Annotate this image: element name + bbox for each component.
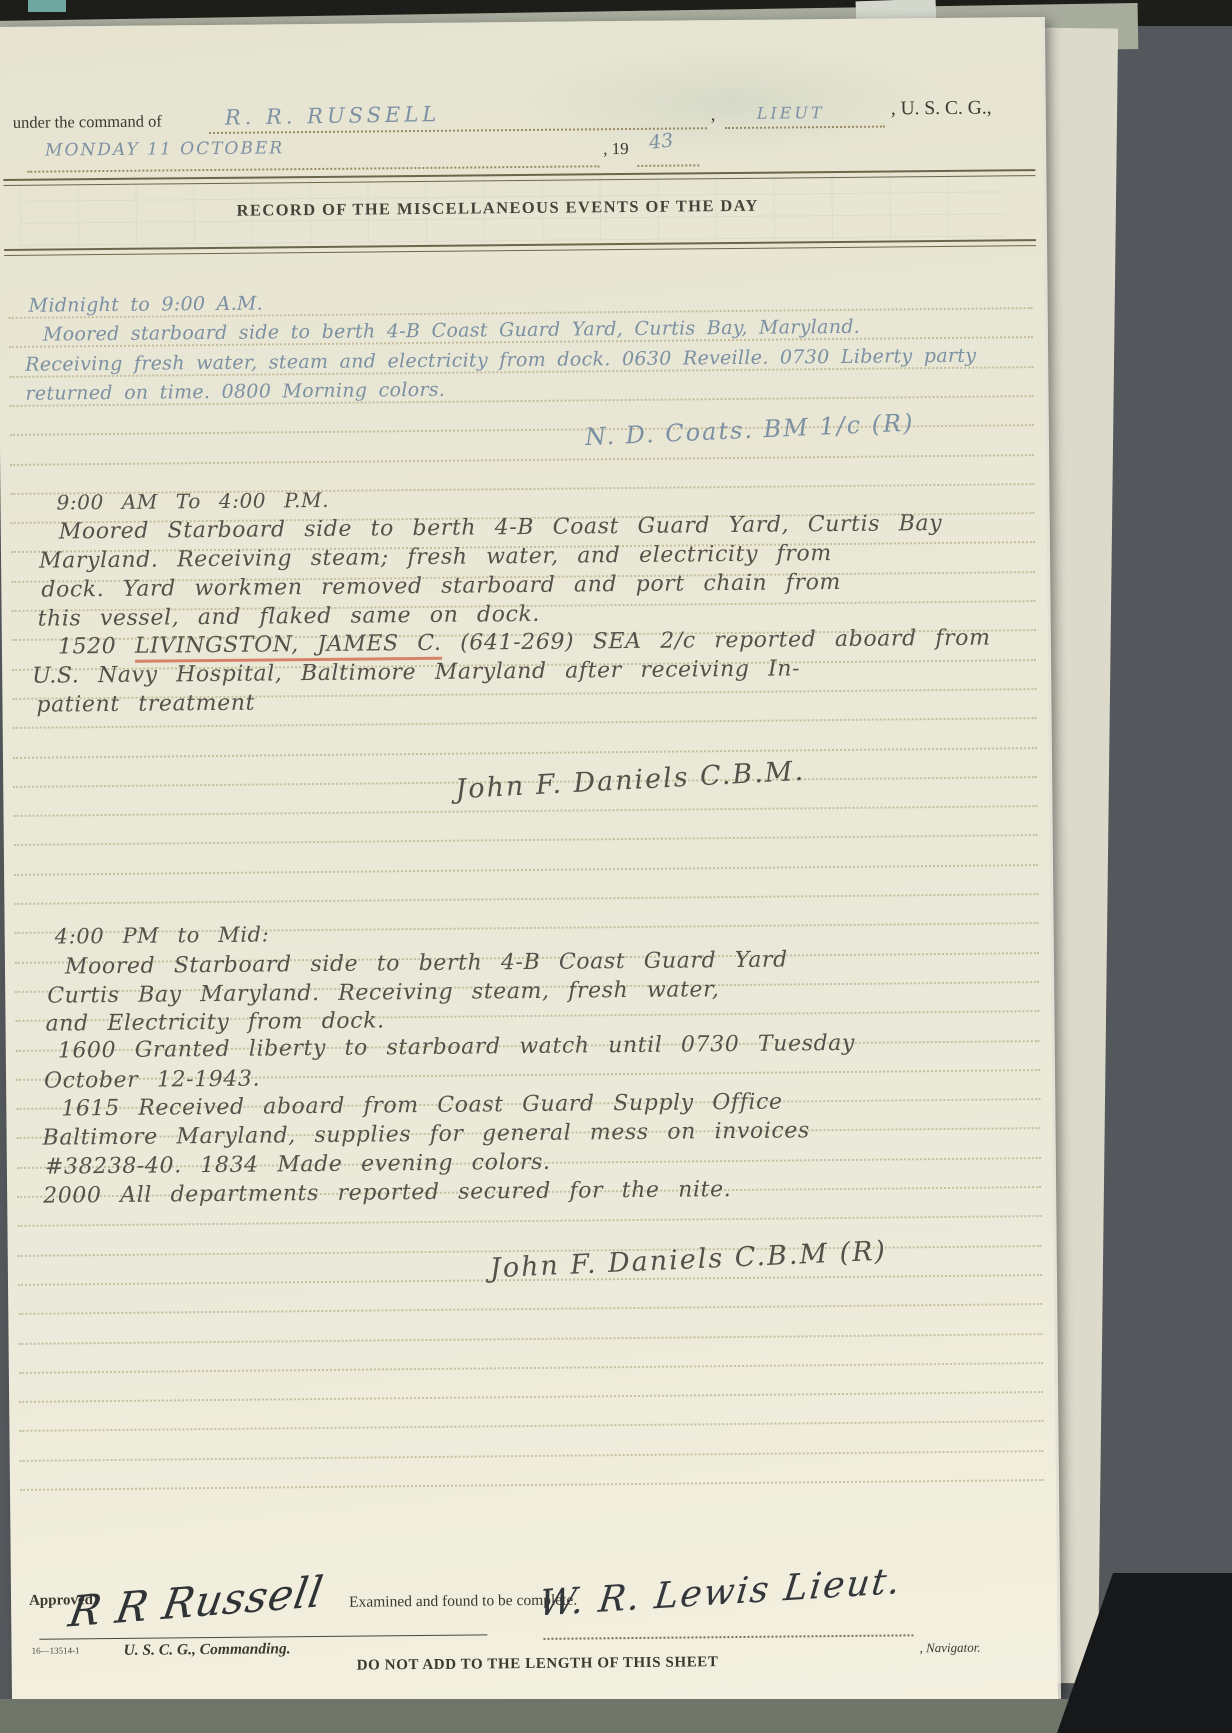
entry-3-line: #38238-40. 1834 Made evening colors. [45, 1150, 551, 1180]
entry-3-line: October 12-1943. [44, 1067, 260, 1094]
command-prefix-label: under the command of [13, 111, 162, 132]
service-label: , U. S. C. G., [891, 98, 992, 121]
length-warning: DO NOT ADD TO THE LENGTH OF THIS SHEET [357, 1654, 719, 1674]
ruled-line [19, 1362, 1043, 1374]
date-handwritten: MONDAY 11 OCTOBER [45, 138, 284, 160]
ruled-line [14, 834, 1038, 846]
year-ruled-blank [637, 164, 699, 167]
ruled-line [18, 1303, 1042, 1315]
top-left-paper-scrap [28, 0, 66, 12]
date-ruled-blank [27, 165, 599, 172]
ruled-line [20, 1479, 1044, 1491]
ruled-line [19, 1391, 1043, 1403]
ruled-line [13, 717, 1037, 729]
scanner-background-bottom [0, 1699, 1232, 1733]
entry-1-heading: Midnight to 9:00 A.M. [29, 293, 264, 317]
commander-name-handwritten: R. R. RUSSELL [225, 102, 441, 130]
ruled-line [14, 893, 1038, 905]
navigator-label: , Navigator. [919, 1640, 980, 1657]
commanding-signature-line [39, 1634, 487, 1639]
ruled-line [10, 454, 1034, 466]
form-number: 16—13514-1 [31, 1645, 79, 1655]
navigator-signature-line [543, 1634, 913, 1640]
commanding-officer-signature: R R Russell [65, 1567, 327, 1637]
year-handwritten: 43 [648, 129, 675, 154]
livingston-rest: (641-269) SEA 2/c reported aboard from [441, 626, 990, 656]
rank-handwritten: LIEUT [757, 103, 825, 123]
ruled-lines [9, 307, 1044, 1497]
ruled-line [17, 1215, 1041, 1227]
livingston-name-red-underlined: LIVINGSTON, JAMES C. [135, 631, 442, 663]
ruled-line [19, 1333, 1043, 1345]
ruled-line [14, 805, 1038, 817]
entry-2-line: patient treatment [36, 691, 255, 718]
entry-1-line: returned on time. 0800 Morning colors. [25, 379, 445, 405]
entry-2-line: this vessel, and flaked same on dock. [38, 602, 541, 632]
navigator-signature: W. R. Lewis Lieut. [537, 1561, 904, 1625]
ruled-line [13, 747, 1037, 759]
livingston-time: 1520 [58, 634, 135, 660]
ruled-line [19, 1420, 1043, 1432]
ruled-line [14, 864, 1038, 876]
bleed-through-smudge [516, 44, 947, 158]
entry-3-heading: 4:00 PM to Mid: [55, 922, 270, 948]
logbook-sheet: under the command of R. R. RUSSELL , LIE… [0, 17, 1058, 1709]
entry-2-heading: 9:00 AM To 4:00 P.M. [56, 488, 329, 515]
header-comma: , [711, 104, 716, 125]
entry-3-line: and Electricity from dock. [45, 1008, 384, 1036]
year-printed-label: , 19 [603, 139, 629, 159]
ruled-line [20, 1450, 1044, 1462]
commanding-label: U. S. C. G., Commanding. [123, 1640, 290, 1660]
